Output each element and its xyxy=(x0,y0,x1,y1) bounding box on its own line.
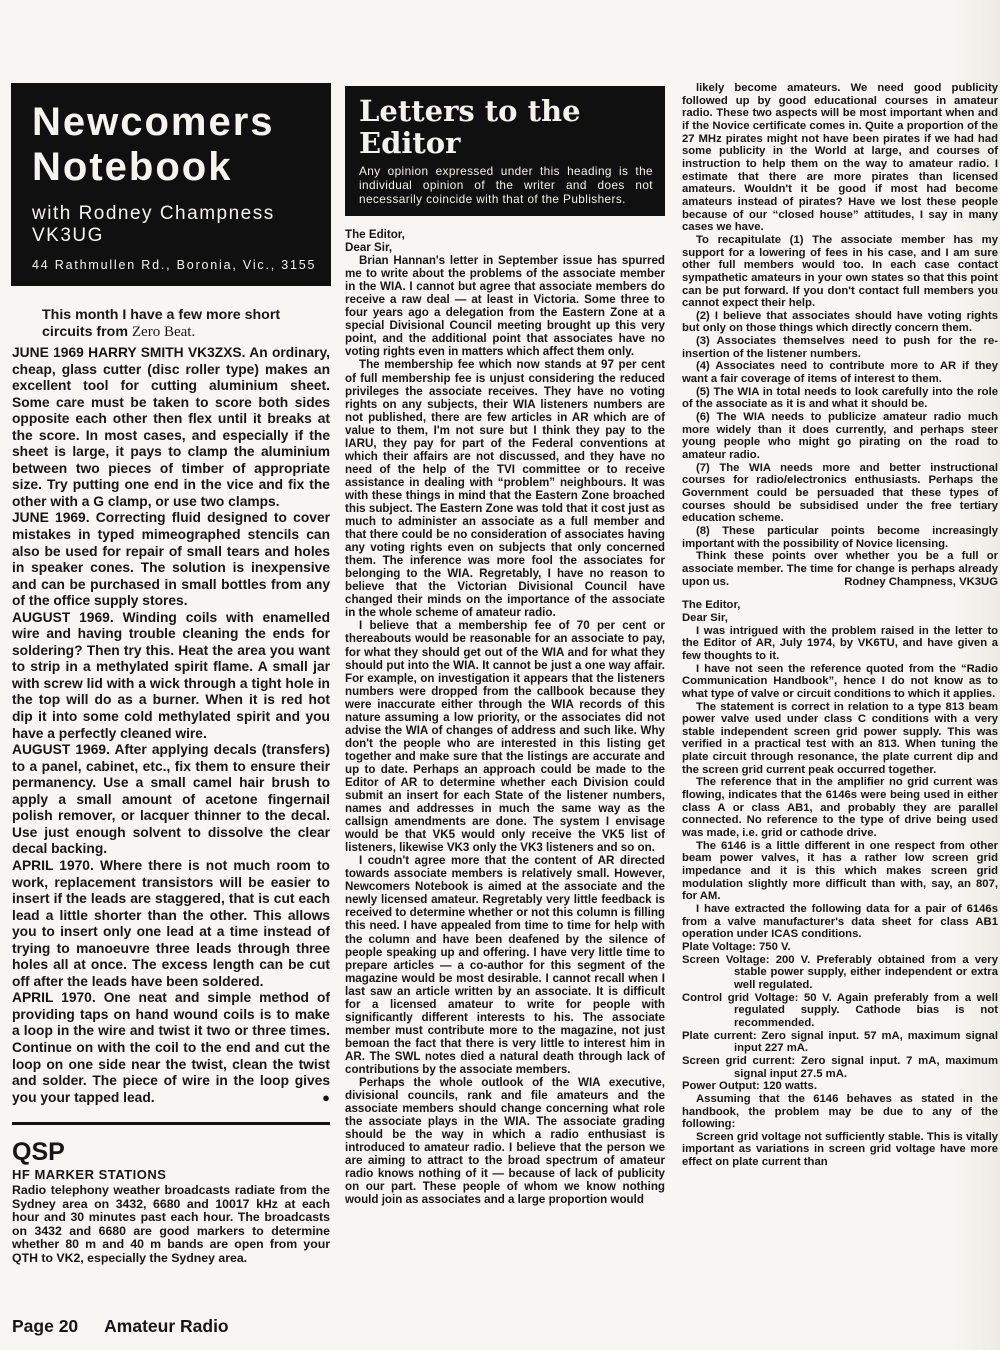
letter1-paragraph: (6) The WIA needs to publicize amateur r… xyxy=(682,411,998,462)
newcomers-title: Newcomers Notebook xyxy=(32,100,320,190)
letter1-paragraph: Perhaps the whole outlook of the WIA exe… xyxy=(345,1076,665,1206)
letter2-spec-line: Plate Voltage: 750 V. xyxy=(682,941,998,954)
letters-title: Letters to the Editor xyxy=(359,95,653,159)
end-of-article-mark: ● xyxy=(322,1090,330,1107)
letter2-paragraph: I was intrigued with the problem raised … xyxy=(682,625,998,663)
letter1-salutation-1: The Editor, xyxy=(345,228,665,241)
letters-continued-column: likely become amateurs. We need good pub… xyxy=(682,82,998,1169)
letter1-paragraph: (4) Associates need to contribute more t… xyxy=(682,360,998,385)
letter1-paragraph: The membership fee which now stands at 9… xyxy=(345,358,665,619)
page-number: Page 20 xyxy=(12,1316,78,1336)
newcomers-intro: This month I have a few more short circu… xyxy=(42,307,312,341)
qsp-heading: QSP xyxy=(12,1139,330,1165)
letter2-paragraph: The statement is correct in relation to … xyxy=(682,701,998,777)
letter2-paragraph: I have extracted the following data for … xyxy=(682,903,998,941)
letter1-paragraph: Brian Hannan's letter in September issue… xyxy=(345,254,665,358)
letter2-paragraph: The reference that in the amplifier no g… xyxy=(682,776,998,839)
letter1-salutation-2: Dear Sir, xyxy=(345,241,665,254)
letters-to-editor-header-box: Letters to the Editor Any opinion expres… xyxy=(345,86,665,216)
newcomers-item: AUGUST 1969. After applying decals (tran… xyxy=(12,742,330,858)
letter1-paragraph: (3) Associates themselves need to push f… xyxy=(682,335,998,360)
letter1-paragraph: (7) The WIA needs more and better instru… xyxy=(682,462,998,525)
qsp-subheading: HF MARKER STATIONS xyxy=(12,1167,330,1182)
page-footer: Page 20Amateur Radio xyxy=(12,1316,229,1337)
letter1-paragraph: To recapitulate (1) The associate member… xyxy=(682,234,998,310)
newcomers-title-line2: Notebook xyxy=(32,145,232,189)
newcomers-item: JUNE 1969 HARRY SMITH VK3ZXS. An ordinar… xyxy=(12,345,330,510)
newcomers-byline: with Rodney Champness VK3UG xyxy=(32,203,320,247)
newcomers-notebook-header-box: Newcomers Notebook with Rodney Champness… xyxy=(12,84,330,285)
letter2-spec-line: Power Output: 120 watts. xyxy=(682,1080,998,1093)
letters-disclaimer: Any opinion expressed under this heading… xyxy=(359,164,653,206)
letter1-paragraph: I coudn't agree more that the content of… xyxy=(345,854,665,1076)
intro-plain-text: Zero Beat. xyxy=(132,324,195,340)
letter1-paragraph: likely become amateurs. We need good pub… xyxy=(682,82,998,234)
letter1-paragraph: (5) The WIA in total needs to look caref… xyxy=(682,386,998,411)
letter1-paragraph: (2) I believe that associates should hav… xyxy=(682,310,998,335)
newcomers-address: 44 Rathmullen Rd., Boronia, Vic., 3155 xyxy=(32,258,320,272)
letter2-spec-line: Screen Voltage: 200 V. Preferably obtain… xyxy=(682,954,998,992)
letter-1: The Editor, Dear Sir, Brian Hannan's let… xyxy=(345,228,665,1207)
newcomers-title-line1: Newcomers xyxy=(32,100,275,144)
letters-column: Letters to the Editor Any opinion expres… xyxy=(345,86,665,1207)
letter2-paragraph: I have not seen the reference quoted fro… xyxy=(682,663,998,701)
section-divider xyxy=(12,1122,330,1125)
letter-2: The Editor, Dear Sir, xyxy=(682,599,998,624)
letter1-paragraph: I believe that a membership fee of 70 pe… xyxy=(345,619,665,854)
letter2-spec-line: Plate current: Zero signal input. 57 mA,… xyxy=(682,1030,998,1055)
letter1-paragraph: (8) These particular points become incre… xyxy=(682,525,998,550)
letter2-spec-line: Screen grid current: Zero signal input. … xyxy=(682,1055,998,1080)
newcomers-item: JUNE 1969. Correcting fluid designed to … xyxy=(12,510,330,609)
qsp-text: Radio telephony weather broadcasts radia… xyxy=(12,1184,330,1265)
newcomers-item: APRIL 1970. Where there is not much room… xyxy=(12,858,330,990)
newcomers-item: AUGUST 1969. Winding coils with enamelle… xyxy=(12,610,330,742)
letter2-salutation-2: Dear Sir, xyxy=(682,612,998,625)
letter1-closing: Think these points over whether you be a… xyxy=(682,550,998,588)
letter2-paragraph: The 6146 is a little different in one re… xyxy=(682,840,998,903)
letter1-signature: Rodney Champness, VK3UG xyxy=(830,576,998,589)
letter2-spec-line: Control grid Voltage: 50 V. Again prefer… xyxy=(682,992,998,1030)
magazine-name: Amateur Radio xyxy=(104,1316,228,1336)
letter2-paragraph: Screen grid voltage not sufficiently sta… xyxy=(682,1131,998,1169)
newcomers-column: Newcomers Notebook with Rodney Champness… xyxy=(12,84,330,1265)
letter2-salutation-1: The Editor, xyxy=(682,599,998,612)
newcomers-item: APRIL 1970. One neat and simple method o… xyxy=(12,990,330,1106)
magazine-page: Newcomers Notebook with Rodney Champness… xyxy=(0,0,1000,1350)
letter2-paragraph: Assuming that the 6146 behaves as stated… xyxy=(682,1093,998,1131)
